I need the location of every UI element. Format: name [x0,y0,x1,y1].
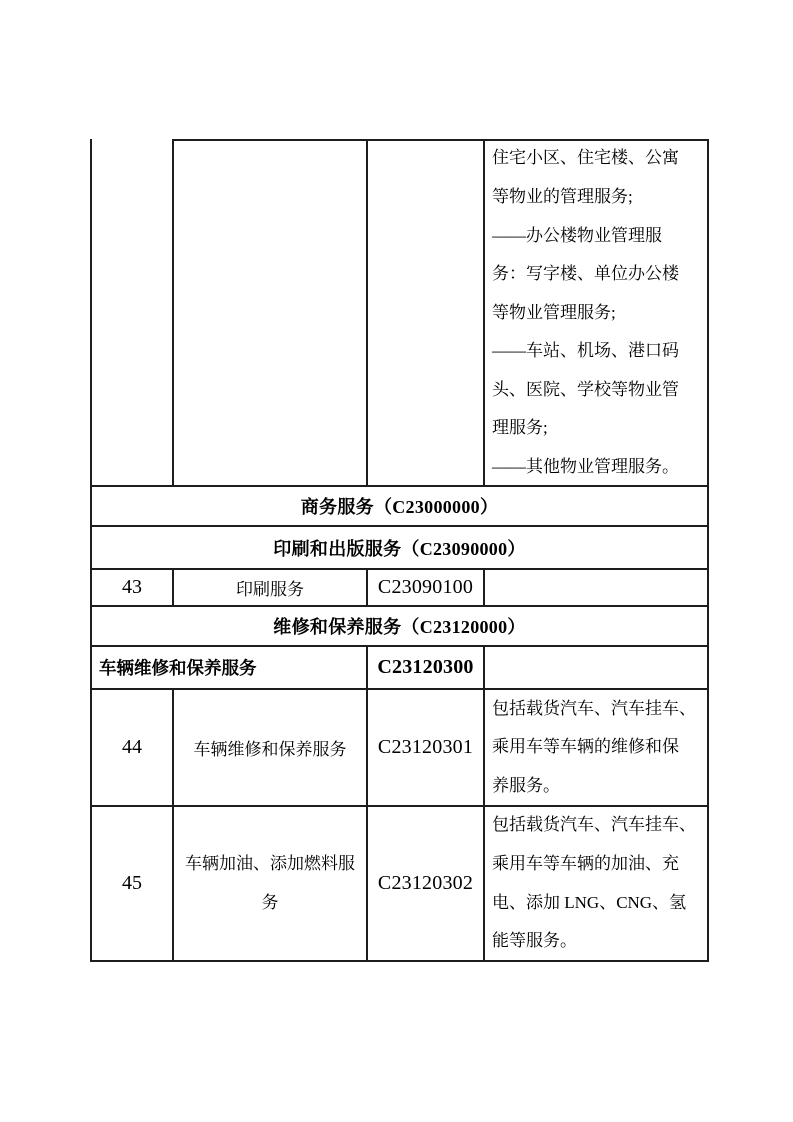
desc-cell: 住宅小区、住宅楼、公寓 等物业的管理服务; ——办公楼物业管理服 务：写字楼、单… [485,139,709,487]
seq-cell: 43 [92,570,174,607]
item-number: 45 [122,872,142,895]
classification-table: 住宅小区、住宅楼、公寓 等物业的管理服务; ——办公楼物业管理服 务：写字楼、单… [90,139,709,962]
section-title: 维修和保养服务（C23120000） [273,613,525,639]
item-number: 44 [122,736,142,759]
service-description: 包括载货汽车、汽车挂车、 乘用车等车辆的加油、充 电、添加 LNG、CNG、氢 … [485,807,702,961]
code-cell-empty [368,139,485,487]
table-row-continuation: 住宅小区、住宅楼、公寓 等物业的管理服务; ——办公楼物业管理服 务：写字楼、单… [92,139,709,487]
desc-cell: 包括载货汽车、汽车挂车、 乘用车等车辆的加油、充 电、添加 LNG、CNG、氢 … [485,807,709,962]
item-number: 43 [122,576,142,599]
section-header-cell: 商务服务（C23000000） [92,487,709,527]
seq-cell-empty [92,139,174,487]
desc-cell [485,647,709,690]
section-header-row-printing: 印刷和出版服务（C23090000） [92,527,709,570]
service-name: 车辆维修和保养服务 [194,735,347,760]
service-code: C23120302 [378,872,473,895]
group-code: C23120300 [377,656,473,679]
table-row-item-43: 43 印刷服务 C23090100 [92,570,709,607]
code-cell: C23120302 [368,807,485,962]
table-row-item-45: 45 车辆加油、添加燃料服 务 C23120302 包括载货汽车、汽车挂车、 乘… [92,807,709,962]
group-name-cell: 车辆维修和保养服务 [92,647,368,690]
name-cell: 车辆维修和保养服务 [174,690,368,807]
section-title: 商务服务（C23000000） [301,493,499,519]
desc-cell [485,570,709,607]
group-name: 车辆维修和保养服务 [92,655,257,680]
property-management-description: 住宅小区、住宅楼、公寓 等物业的管理服务; ——办公楼物业管理服 务：写字楼、单… [485,139,685,486]
seq-cell: 45 [92,807,174,962]
section-header-row-maintenance: 维修和保养服务（C23120000） [92,607,709,647]
service-description: 包括载货汽车、汽车挂车、 乘用车等车辆的维修和保 养服务。 [485,690,702,805]
group-header-row-vehicle: 车辆维修和保养服务 C23120300 [92,647,709,690]
name-cell: 车辆加油、添加燃料服 务 [174,807,368,962]
section-header-cell: 维修和保养服务（C23120000） [92,607,709,647]
desc-cell: 包括载货汽车、汽车挂车、 乘用车等车辆的维修和保 养服务。 [485,690,709,807]
code-cell: C23120300 [368,647,485,690]
section-title: 印刷和出版服务（C23090000） [273,535,525,561]
service-name: 印刷服务 [236,575,304,600]
service-code: C23120301 [378,736,473,759]
document-page: 住宅小区、住宅楼、公寓 等物业的管理服务; ——办公楼物业管理服 务：写字楼、单… [0,0,793,1122]
name-cell-empty [174,139,368,487]
section-header-row-business: 商务服务（C23000000） [92,487,709,527]
name-cell: 印刷服务 [174,570,368,607]
section-header-cell: 印刷和出版服务（C23090000） [92,527,709,570]
seq-cell: 44 [92,690,174,807]
table-row-item-44: 44 车辆维修和保养服务 C23120301 包括载货汽车、汽车挂车、 乘用车等… [92,690,709,807]
service-code: C23090100 [378,576,473,599]
service-name: 车辆加油、添加燃料服 务 [185,845,355,922]
code-cell: C23120301 [368,690,485,807]
code-cell: C23090100 [368,570,485,607]
